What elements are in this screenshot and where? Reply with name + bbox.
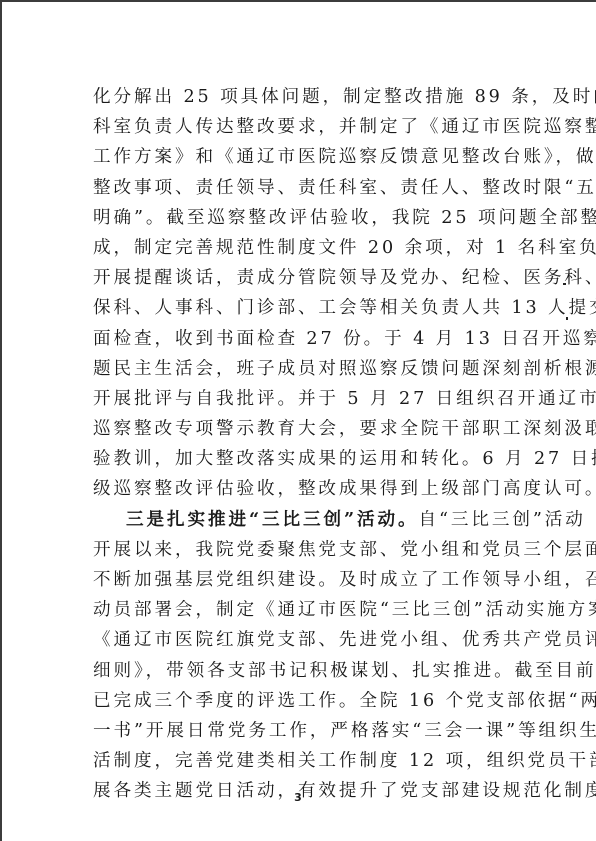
scan-border-left	[0, 0, 2, 841]
text-line: 不断加强基层党组织建设。及时成立了工作领导小组，召开	[93, 565, 505, 595]
text-line: 面检查，收到书面检查 27 份。于 4 月 13 日召开巡察整改专	[93, 324, 505, 354]
text-line: 《通辽市医院红旗党支部、先进党小组、优秀共产党员评分	[93, 625, 505, 655]
text-line: 成，制定完善规范性制度文件 20 余项，对 1 名科室负责人	[93, 233, 505, 263]
page-number: 3	[0, 791, 596, 804]
text-line: 验教训，加大整改落实成果的运用和转化。6 月 27 日接受上	[93, 444, 505, 474]
document-body: 化分解出 25 项具体问题，制定整改措施 89 条，及时向有关 科室负责人传达整…	[93, 82, 505, 807]
text-line: 保科、人事科、门诊部、工会等相关负责人共 13 人提交书	[93, 293, 505, 323]
text-line: 开展提醒谈话，责成分管院领导及党办、纪检、医务科、医	[93, 263, 505, 293]
text-line: 细则》，带领各支部书记积极谋划、扎实推进。截至目前，	[93, 656, 505, 686]
text-line: 开展批评与自我批评。并于 5 月 27 日组织召开通辽市医院	[93, 384, 505, 414]
text-line: 已完成三个季度的评选工作。全院 16 个党支部依据“两册	[93, 686, 505, 716]
text-line: 活制度，完善党建类相关工作制度 12 项，组织党员干部开	[93, 746, 505, 776]
text-line: 化分解出 25 项具体问题，制定整改措施 89 条，及时向有关	[93, 82, 505, 112]
text-line: 明确”。截至巡察整改评估验收，我院 25 项问题全部整改完	[93, 203, 505, 233]
scan-border-top	[0, 0, 596, 2]
text-line: 科室负责人传达整改要求，并制定了《通辽市医院巡察整改	[93, 112, 505, 142]
text-line: 巡察整改专项警示教育大会，要求全院干部职工深刻汲取经	[93, 414, 505, 444]
text-line: 一书”开展日常党务工作，严格落实“三会一课”等组织生	[93, 716, 505, 746]
text-line: 工作方案》和《通辽市医院巡察反馈意见整改台账》，做到	[93, 142, 505, 172]
section-heading: 三是扎实推进“三比三创”活动。	[126, 509, 418, 530]
section-first-line: 三是扎实推进“三比三创”活动。自“三比三创”活动	[93, 505, 505, 535]
text-line: 级巡察整改评估验收，整改成果得到上级部门高度认可。	[93, 474, 505, 504]
section-first-line-text: 自“三比三创”活动	[418, 510, 585, 530]
text-line: 整改事项、责任领导、责任科室、责任人、整改时限“五个	[93, 173, 505, 203]
text-line: 题民主生活会，班子成员对照巡察反馈问题深刻剖析根源，	[93, 354, 505, 384]
text-line: 开展以来，我院党委聚焦党支部、党小组和党员三个层面，	[93, 535, 505, 565]
text-line: 动员部署会，制定《通辽市医院“三比三创”活动实施方案》	[93, 595, 505, 625]
